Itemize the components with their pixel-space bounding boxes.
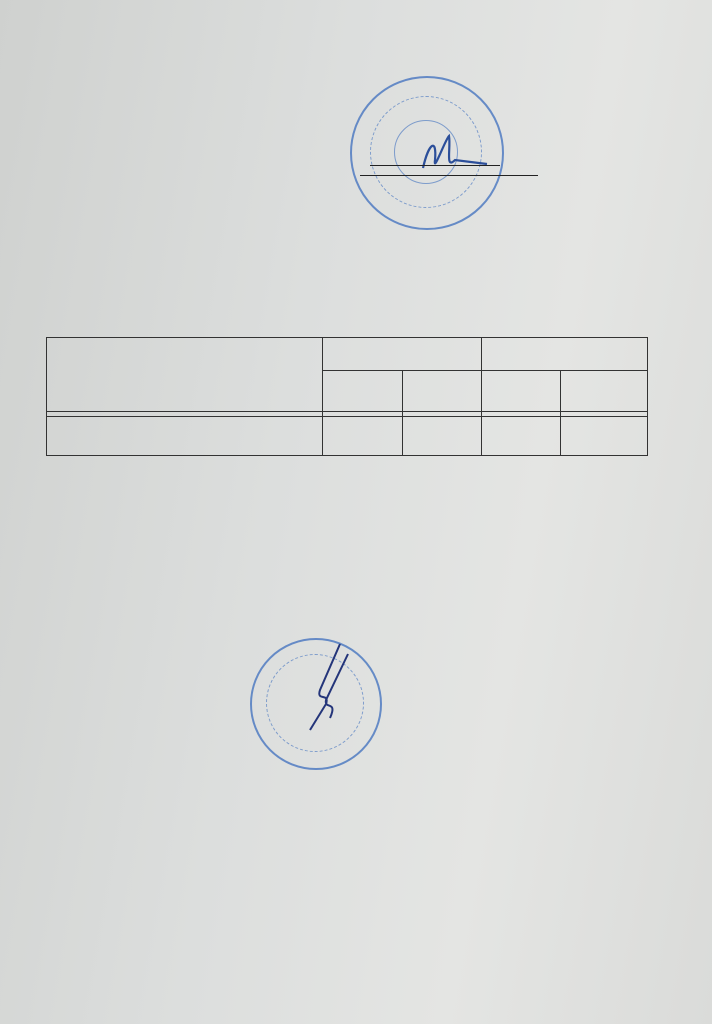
header-group-9-11 (481, 338, 647, 371)
total-label (47, 417, 323, 456)
header-dish-name (47, 338, 323, 412)
director-signature (415, 130, 495, 180)
total-price-5-8 (402, 417, 481, 456)
header-yield-5-8 (323, 371, 402, 412)
header-price-5-8 (402, 371, 481, 412)
total-row (47, 417, 648, 456)
total-yield-5-8 (323, 417, 402, 456)
producer-signature (290, 640, 360, 740)
header-price-9-11 (561, 371, 648, 412)
total-price-9-11 (561, 417, 648, 456)
approval-date (360, 175, 538, 176)
header-group-5-8 (323, 338, 482, 371)
signature-line (370, 165, 500, 166)
total-yield-9-11 (481, 417, 560, 456)
menu-table (46, 337, 648, 456)
header-yield-9-11 (481, 371, 560, 412)
